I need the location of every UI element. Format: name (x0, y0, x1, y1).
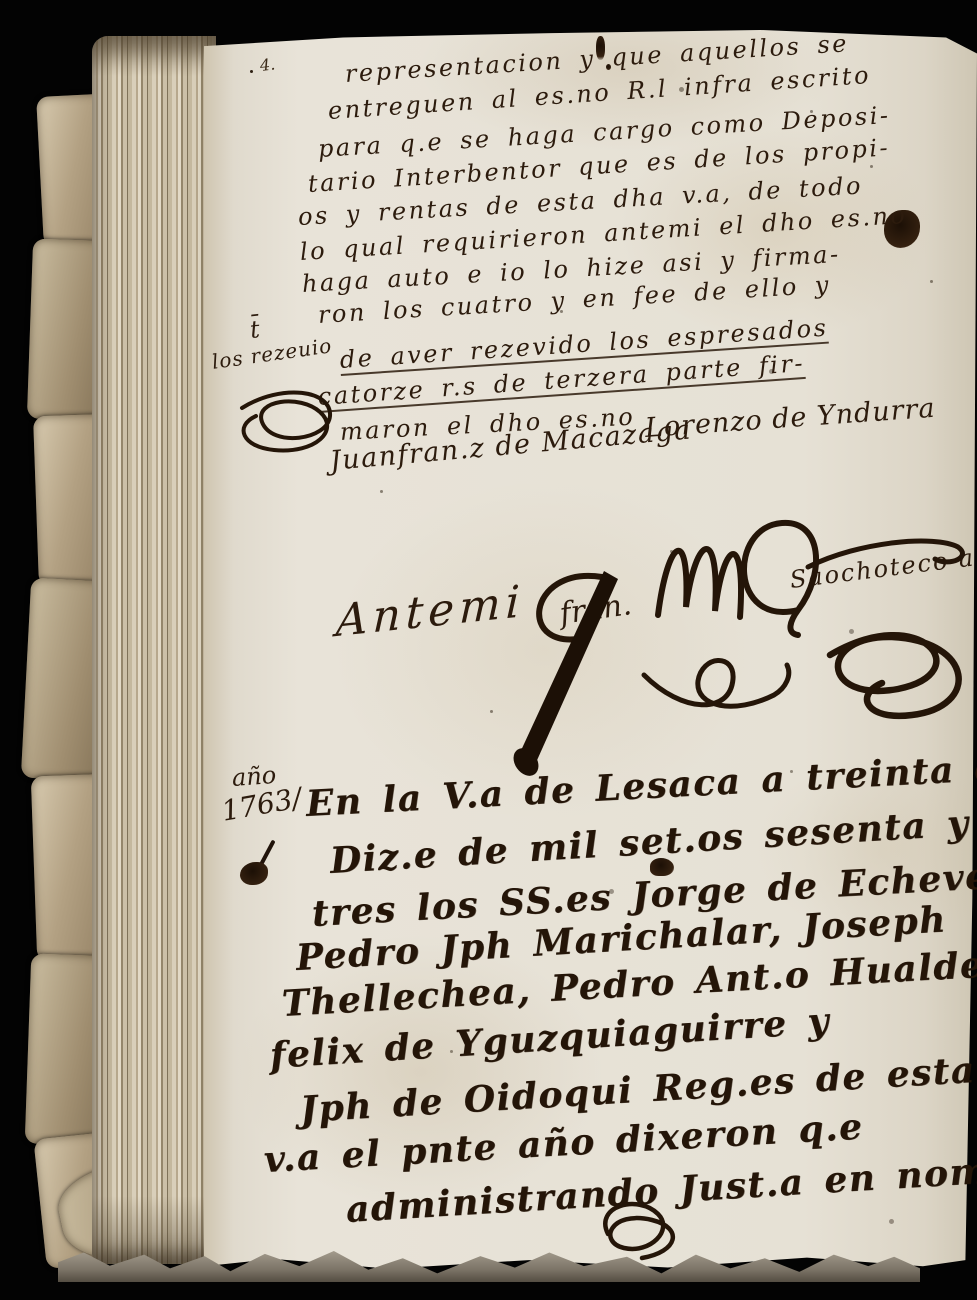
margin-cross-mark: t̄ (249, 317, 261, 342)
page-edges-stack (92, 36, 216, 1264)
ink-speckles (250, 70, 253, 73)
photo-backdrop: 4. representacion y que aquellos se entr… (0, 0, 977, 1300)
corner-mark: 4. (259, 56, 276, 74)
closing-paraph (580, 1192, 700, 1264)
